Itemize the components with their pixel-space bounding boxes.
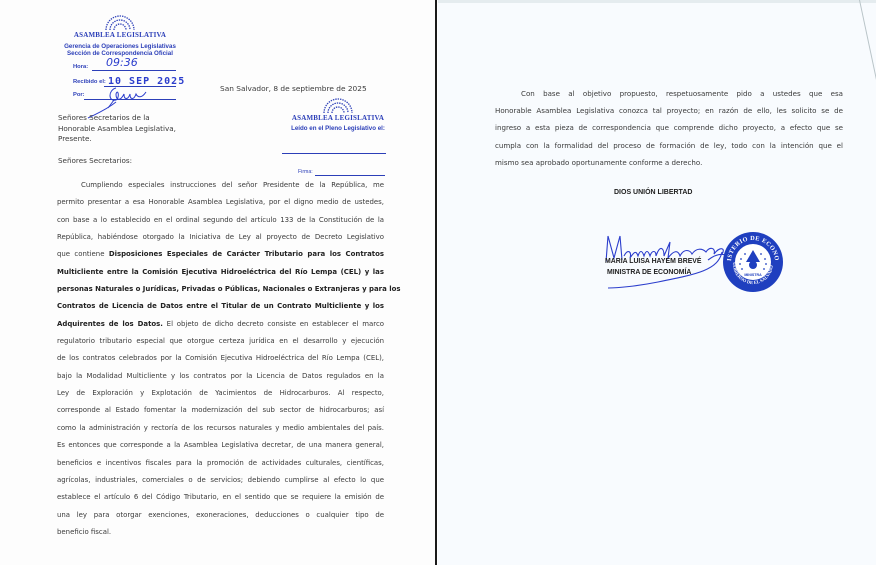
addressee-line: Señores Secretarios de la	[58, 113, 176, 124]
letter-body: Cumpliendo especiales instrucciones del …	[57, 177, 384, 541]
closing-line: ingreso a esta pieza de correspondencia …	[495, 119, 843, 136]
body-line: Ley de Exploración y Explotación de Yaci…	[57, 385, 384, 402]
body-line: Cumpliendo especiales instrucciones del …	[57, 177, 384, 194]
firma-label: Firma:	[298, 169, 313, 175]
closing-line: Con base al objetivo propuesto, respetuo…	[495, 85, 843, 102]
page-edge	[438, 0, 876, 3]
stamp-dept-1: Gerencia de Operaciones Legislativas	[60, 43, 180, 50]
body-line: de los contratos celebrados por la Comis…	[57, 350, 384, 367]
reading-stamp-label: Leído en el Pleno Legislativo el:	[288, 125, 388, 132]
por-label: Por:	[73, 92, 85, 98]
addressee-line: Honorable Asamblea Legislativa,	[58, 124, 176, 135]
body-line: beneficios e incentivos fiscales para la…	[57, 455, 384, 472]
hora-line	[92, 70, 176, 71]
firma-line	[315, 175, 385, 176]
body-line: beneficio fiscal.	[57, 524, 384, 541]
closing-paragraph: Con base al objetivo propuesto, respetuo…	[495, 85, 843, 171]
body-line: una ley para otorgar exenciones, exonera…	[57, 507, 384, 524]
reading-stamp-org: ASAMBLEA LEGISLATIVA	[288, 114, 388, 122]
reception-stamp: ASAMBLEA LEGISLATIVA Gerencia de Operaci…	[60, 14, 180, 57]
body-line: República, habiéndose otorgado la Inicia…	[57, 229, 384, 246]
body-line: personas Naturales o Jurídicas, Privadas…	[57, 281, 384, 298]
signer-name: MARIA LUISA HAYEM BREVÉ	[605, 256, 701, 267]
body-line: como la administración y rectoría de los…	[57, 420, 384, 437]
addressee-line: Presente.	[58, 134, 176, 145]
reading-date-line	[282, 153, 386, 154]
letter-page-1: ASAMBLEA LEGISLATIVA Gerencia de Operaci…	[0, 0, 436, 565]
body-line: Multicliente entre la Comisión Ejecutiva…	[57, 264, 384, 281]
addressee-block: Señores Secretarios de la Honorable Asam…	[58, 113, 176, 145]
closing-line: cumpla con la formalidad del proceso de …	[495, 137, 843, 154]
body-line: permito presentar a esa Honorable Asambl…	[57, 194, 384, 211]
assembly-hemicycle-icon	[320, 97, 356, 114]
body-line: corresponde al Estado fomentar la modern…	[57, 402, 384, 419]
reading-stamp: ASAMBLEA LEGISLATIVA Leído en el Pleno L…	[288, 97, 388, 132]
body-line: bajo la Modalidad Multicliente y los con…	[57, 368, 384, 385]
body-line: Adquirentes de los Datos. El objeto de d…	[57, 316, 384, 333]
date-line: San Salvador, 8 de septiembre de 2025	[220, 84, 367, 93]
closing-line: Honorable Asamblea Legislativa conozca t…	[495, 102, 843, 119]
seal-center-text: MINISTRA	[744, 273, 762, 277]
closing-line: mismo sea aprobado oportunamente conform…	[495, 154, 843, 171]
stamp-org: ASAMBLEA LEGISLATIVA	[60, 31, 180, 39]
page-divider	[435, 0, 437, 565]
body-line: establece el artículo 6 del Código Tribu…	[57, 489, 384, 506]
signer-title: MINISTRA DE ECONOMÍA	[605, 267, 701, 278]
body-line: agrícolas, industriales, comerciales o d…	[57, 472, 384, 489]
body-line: Es entonces que corresponde a la Asamble…	[57, 437, 384, 454]
salutation: Señores Secretarios:	[58, 156, 132, 165]
body-line: Contratos de Licencia de Datos entre el …	[57, 298, 384, 315]
body-line: regulatorio tributario especial que otor…	[57, 333, 384, 350]
national-motto: DIOS UNIÓN LIBERTAD	[614, 189, 692, 196]
assembly-hemicycle-icon	[102, 14, 138, 31]
page-curl	[859, 0, 876, 80]
hora-value: 09:36	[106, 56, 138, 69]
body-line: con base a lo establecido en el ordinal …	[57, 212, 384, 229]
ministry-seal-icon: MINISTERIO DE ECONOMIA GOBIERNO DE EL SA…	[722, 231, 784, 293]
body-line: que contiene Disposiciones Especiales de…	[57, 246, 384, 263]
signer-block: MARIA LUISA HAYEM BREVÉ MINISTRA DE ECON…	[605, 256, 701, 278]
hora-label: Hora:	[73, 64, 88, 70]
